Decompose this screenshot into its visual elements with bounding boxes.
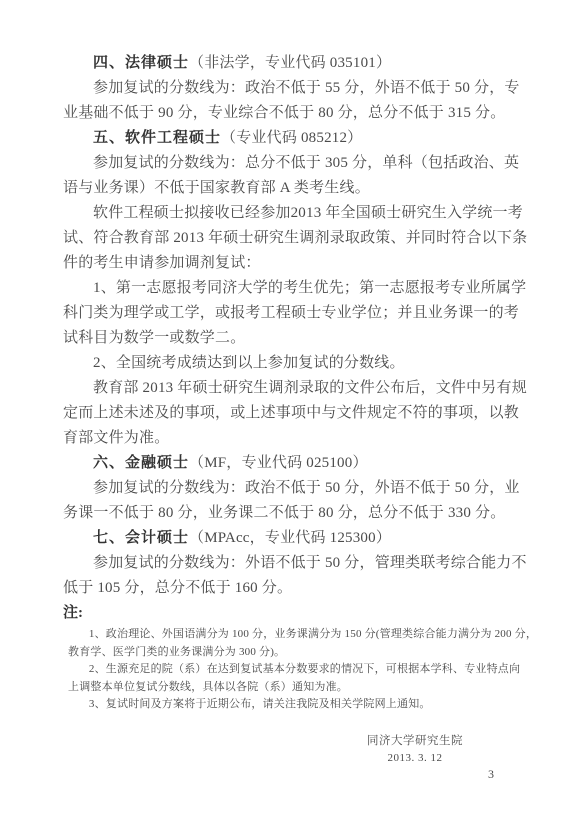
body-line: 2、全国统考成绩达到以上参加复试的分数线。 bbox=[63, 351, 504, 376]
section-heading-code: （MF，专业代码 025100） bbox=[189, 455, 368, 471]
section-heading-title: 四、法律硕士 bbox=[93, 55, 189, 71]
section-heading-law: 四、法律硕士（非法学，专业代码 035101） bbox=[63, 51, 504, 76]
section-heading-title: 七、会计硕士 bbox=[93, 530, 189, 546]
body-line: 语与业务课）不低于国家教育部 A 类考生线。 bbox=[63, 176, 504, 201]
body-line: 业基础不低于 90 分，专业综合不低于 80 分，总分不低于 315 分。 bbox=[63, 101, 504, 126]
body-line: 试、符合教育部 2013 年硕士研究生调剂录取政策、并同时符合以下条 bbox=[63, 226, 504, 251]
notes-block: 1、政治理论、外国语满分为 100 分，业务课满分为 150 分(管理类综合能力… bbox=[63, 626, 504, 714]
page-number: 3 bbox=[488, 766, 494, 782]
body-line: 参加复试的分数线为：政治不低于 50 分，外语不低于 50 分，业 bbox=[63, 476, 504, 501]
section-heading-code: （专业代码 085212） bbox=[221, 130, 362, 146]
signature-date: 2013. 3. 12 bbox=[300, 750, 530, 767]
section-heading-title: 五、软件工程硕士 bbox=[93, 130, 221, 146]
body-line: 件的考生申请参加调剂复试： bbox=[63, 251, 504, 276]
document-page: 四、法律硕士（非法学，专业代码 035101） 参加复试的分数线为：政治不低于 … bbox=[0, 0, 580, 820]
note-line: 1、政治理论、外国语满分为 100 分，业务课满分为 150 分(管理类综合能力… bbox=[68, 626, 504, 644]
body-line: 软件工程硕士拟接收已经参加2013 年全国硕士研究生入学统一考 bbox=[63, 201, 504, 226]
note-line: 2、生源充足的院（系）在达到复试基本分数要求的情况下，可根据本学科、专业特点向 bbox=[68, 661, 504, 679]
section-heading-code: （非法学，专业代码 035101） bbox=[189, 55, 391, 71]
document-content: 四、法律硕士（非法学，专业代码 035101） 参加复试的分数线为：政治不低于 … bbox=[63, 51, 504, 714]
section-heading-accounting: 七、会计硕士（MPAcc，专业代码 125300） bbox=[63, 526, 504, 551]
signature: 同济大学研究生院 bbox=[300, 732, 530, 750]
body-line: 育部文件为准。 bbox=[63, 426, 504, 451]
body-line: 参加复试的分数线为：外语不低于 50 分，管理类联考综合能力不 bbox=[63, 551, 504, 576]
body-line: 务课一不低于 80 分，业务课二不低于 80 分，总分不低于 330 分。 bbox=[63, 501, 504, 526]
body-line: 参加复试的分数线为：总分不低于 305 分，单科（包括政治、英 bbox=[63, 151, 504, 176]
section-heading-code: （MPAcc，专业代码 125300） bbox=[189, 530, 391, 546]
body-line: 教育部 2013 年硕士研究生调剂录取的文件公布后，文件中另有规 bbox=[63, 376, 504, 401]
section-heading-software: 五、软件工程硕士（专业代码 085212） bbox=[63, 126, 504, 151]
note-line: 3、复试时间及方案将于近期公布，请关注我院及相关学院网上通知。 bbox=[68, 696, 504, 714]
body-line: 低于 105 分，总分不低于 160 分。 bbox=[63, 576, 504, 601]
note-line: 上调整本单位复试分数线，具体以各院（系）通知为准。 bbox=[68, 679, 504, 697]
body-line: 定而上述未述及的事项，或上述事项中与文件规定不符的事项，以教 bbox=[63, 401, 504, 426]
section-heading-finance: 六、金融硕士（MF，专业代码 025100） bbox=[63, 451, 504, 476]
notes-label: 注: bbox=[63, 601, 504, 626]
body-line: 1、第一志愿报考同济大学的考生优先；第一志愿报考专业所属学 bbox=[63, 276, 504, 301]
note-line: 教育学、医学门类的业务课满分为 300 分)。 bbox=[68, 644, 504, 662]
body-line: 试科目为数学一或数学二。 bbox=[63, 326, 504, 351]
body-line: 科门类为理学或工学，或报考工程硕士专业学位；并且业务课一的考 bbox=[63, 301, 504, 326]
body-line: 参加复试的分数线为：政治不低于 55 分，外语不低于 50 分，专 bbox=[63, 76, 504, 101]
signature-block: 同济大学研究生院 2013. 3. 12 bbox=[300, 732, 530, 767]
section-heading-title: 六、金融硕士 bbox=[93, 455, 189, 471]
